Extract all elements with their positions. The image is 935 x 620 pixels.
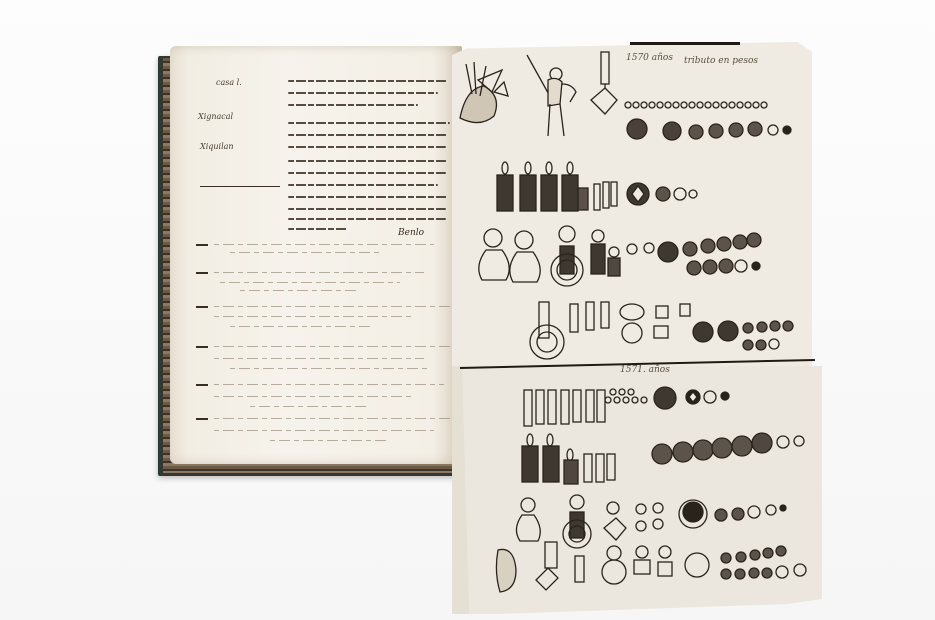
banner-row-icons bbox=[524, 387, 729, 426]
basket-banner-jar-icons-1571 bbox=[496, 542, 806, 592]
flame-bundle-icons-1571 bbox=[522, 433, 804, 484]
gourd-ring-diamond-icons-1571 bbox=[516, 495, 786, 548]
tribute-glyphs-1571 bbox=[0, 0, 935, 620]
